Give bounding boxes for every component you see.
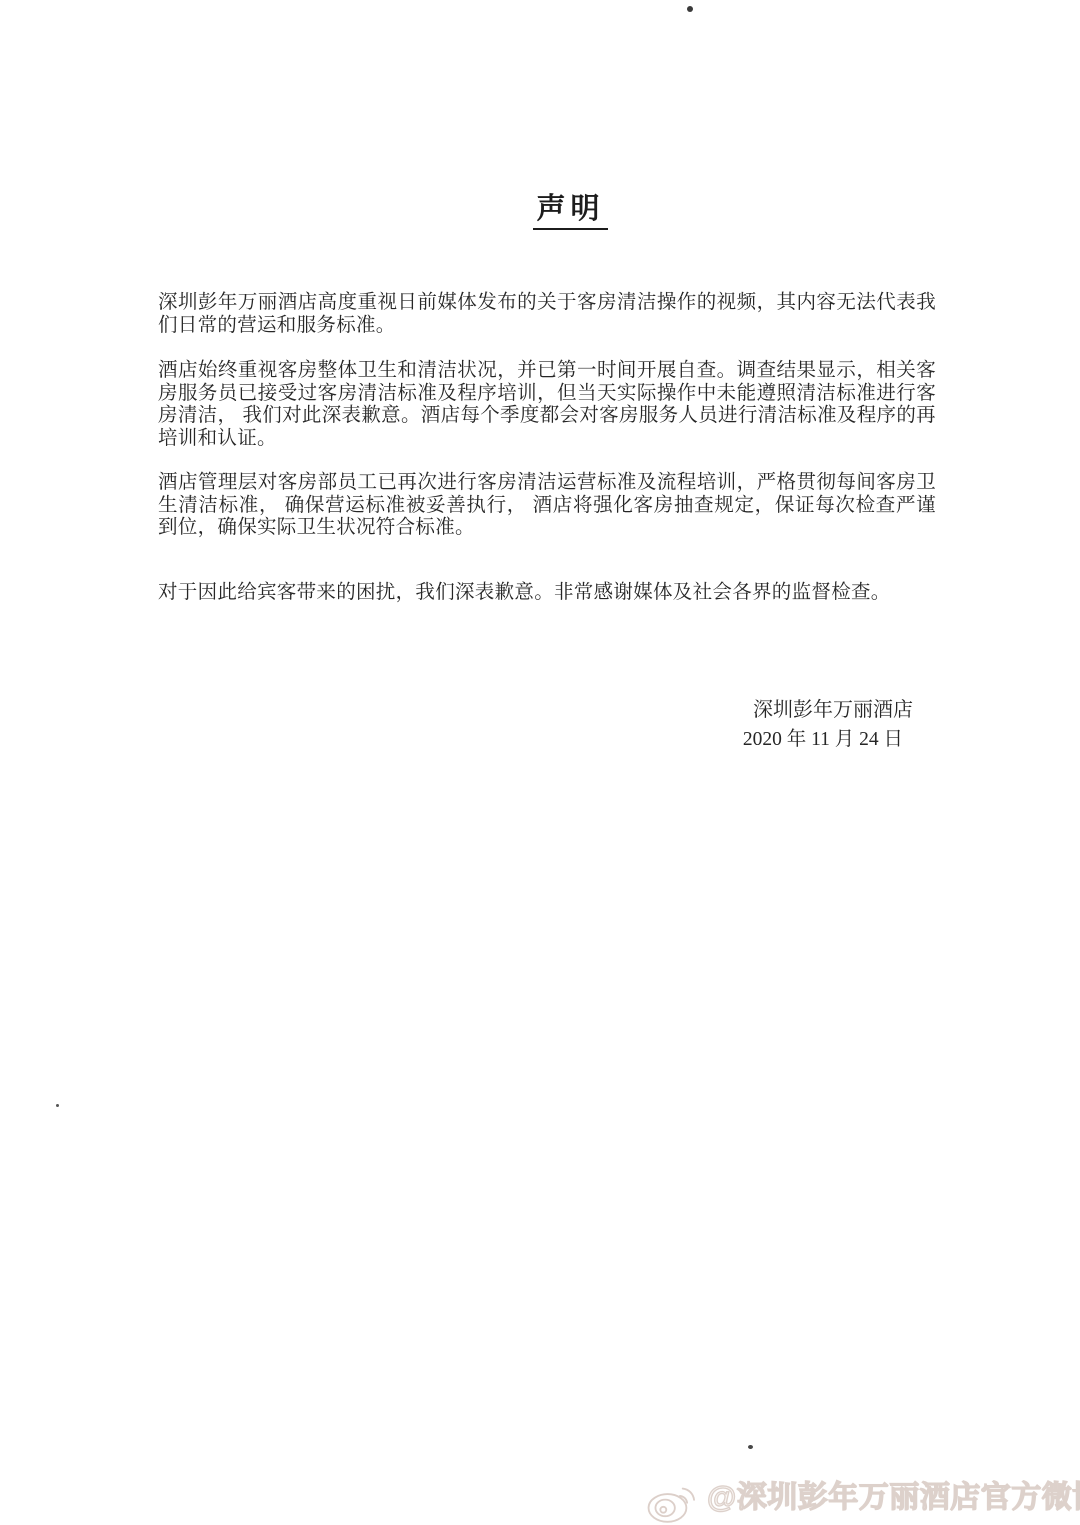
scan-speck [748, 1445, 753, 1449]
weibo-watermark-text: @深圳彭年万丽酒店官方微博 [707, 1475, 1080, 1521]
signature-block: 深圳彭年万丽酒店 2020 年 11 月 24 日 [158, 696, 913, 754]
statement-paragraph-2: 酒店始终重视客房整体卫生和清洁状况，并已第一时间开展自查。调查结果显示，相关客房… [158, 360, 936, 450]
statement-document-page: 声明 深圳彭年万丽酒店高度重视日前媒体发布的关于客房清洁操作的视频，其内容无法代… [0, 0, 1080, 1525]
signature-name: 深圳彭年万丽酒店 [158, 696, 913, 725]
scan-speck [687, 6, 693, 12]
statement-paragraph-4: 对于因此给宾客带来的困扰，我们深表歉意。非常感谢媒体及社会各界的监督检查。 [158, 582, 936, 605]
weibo-watermark: @深圳彭年万丽酒店官方微博 [645, 1475, 1080, 1525]
statement-paragraph-3: 酒店管理层对客房部员工已再次进行客房清洁运营标准及流程培训，严格贯彻每间客房卫生… [158, 472, 936, 540]
signature-date: 2020 年 11 月 24 日 [158, 725, 913, 754]
document-title: 声明 [183, 186, 958, 227]
weibo-icon [645, 1477, 701, 1525]
statement-paragraph-1: 深圳彭年万丽酒店高度重视日前媒体发布的关于客房清洁操作的视频，其内容无法代表我们… [158, 292, 936, 337]
document-title-text: 声明 [533, 193, 607, 230]
scan-speck [56, 1104, 59, 1107]
